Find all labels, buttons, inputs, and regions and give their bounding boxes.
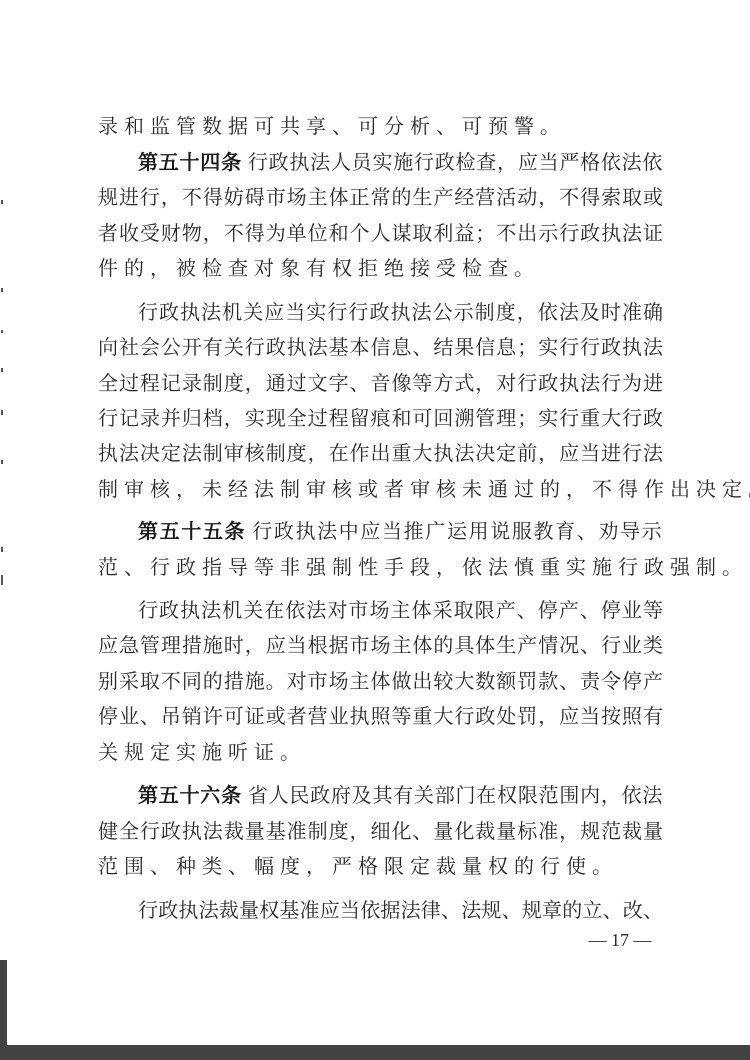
article-number: 第五十四条 bbox=[138, 150, 242, 174]
scan-artifact bbox=[1, 575, 3, 585]
article-54-heading-line: 第五十四条行政执法人员实施行政检查，应当严格依法依 bbox=[138, 149, 663, 175]
scan-artifact bbox=[1, 368, 3, 372]
article-56-heading-line: 第五十六条省人民政府及其有关部门在权限范围内，依法 bbox=[138, 782, 663, 808]
document-page: 录和监管数据可共享、可分析、可预警。 第五十四条行政执法人员实施行政检查，应当严… bbox=[0, 0, 750, 1060]
paragraph-line: 关规定实施听证。 bbox=[98, 739, 663, 765]
page-number: — 17 — bbox=[575, 927, 665, 953]
article-55-heading-line: 第五十五条行政执法中应当推广运用说服教育、劝导示 bbox=[138, 518, 663, 544]
scan-artifact bbox=[1, 200, 3, 204]
paragraph-line: 制审核，未经法制审核或者审核未通过的，不得作出决定。 bbox=[98, 476, 663, 502]
paragraph-line: 全过程记录制度，通过文字、音像等方式，对行政执法行为进 bbox=[98, 370, 663, 396]
paragraph-line: 行记录并归档，实现全过程留痕和可回溯管理；实行重大行政 bbox=[98, 405, 663, 431]
paragraph-line: 健全行政执法裁量基准制度，细化、量化裁量标准，规范裁量 bbox=[98, 818, 663, 844]
scan-artifact bbox=[1, 460, 3, 464]
paragraph-line: 范、行政指导等非强制性手段，依法慎重实施行政强制。 bbox=[98, 554, 663, 580]
scan-artifact bbox=[1, 330, 3, 333]
scan-border-bottom bbox=[0, 1045, 750, 1060]
article-text: 行政执法中应当推广运用说服教育、劝导示 bbox=[252, 519, 663, 543]
scan-artifact bbox=[1, 288, 3, 292]
paragraph-line: 者收受财物，不得为单位和个人谋取利益；不出示行政执法证 bbox=[98, 220, 663, 246]
paragraph-line: 行政执法机关在依法对市场主体采取限产、停产、停业等 bbox=[138, 597, 663, 623]
paragraph-line: 录和监管数据可共享、可分析、可预警。 bbox=[98, 113, 663, 139]
paragraph-line: 行政执法裁量权基准应当依据法律、法规、规章的立、改、 bbox=[138, 897, 663, 923]
paragraph-line: 别采取不同的措施。对市场主体做出较大数额罚款、责令停产 bbox=[98, 668, 663, 694]
paragraph-line: 执法决定法制审核制度，在作出重大执法决定前，应当进行法 bbox=[98, 440, 663, 466]
paragraph-line: 停业、吊销许可证或者营业执照等重大行政处罚，应当按照有 bbox=[98, 703, 663, 729]
paragraph-line: 行政执法机关应当实行行政执法公示制度，依法及时准确 bbox=[138, 299, 663, 325]
paragraph-line: 向社会公开有关行政执法基本信息、结果信息；实行行政执法 bbox=[98, 334, 663, 360]
paragraph-line: 范围、种类、幅度，严格限定裁量权的行使。 bbox=[98, 853, 663, 879]
article-number: 第五十五条 bbox=[138, 519, 246, 543]
paragraph-line: 件的，被检查对象有权拒绝接受检查。 bbox=[98, 255, 663, 281]
article-number: 第五十六条 bbox=[138, 783, 242, 807]
paragraph-line: 应急管理措施时，应当根据市场主体的具体生产情况、行业类 bbox=[98, 632, 663, 658]
scan-artifact bbox=[1, 410, 3, 415]
article-text: 省人民政府及其有关部门在权限范围内，依法 bbox=[248, 783, 663, 807]
scan-artifact bbox=[1, 547, 3, 552]
paragraph-line: 规进行，不得妨碍市场主体正常的生产经营活动，不得索取或 bbox=[98, 184, 663, 210]
article-text: 行政执法人员实施行政检查，应当严格依法依 bbox=[248, 150, 663, 174]
